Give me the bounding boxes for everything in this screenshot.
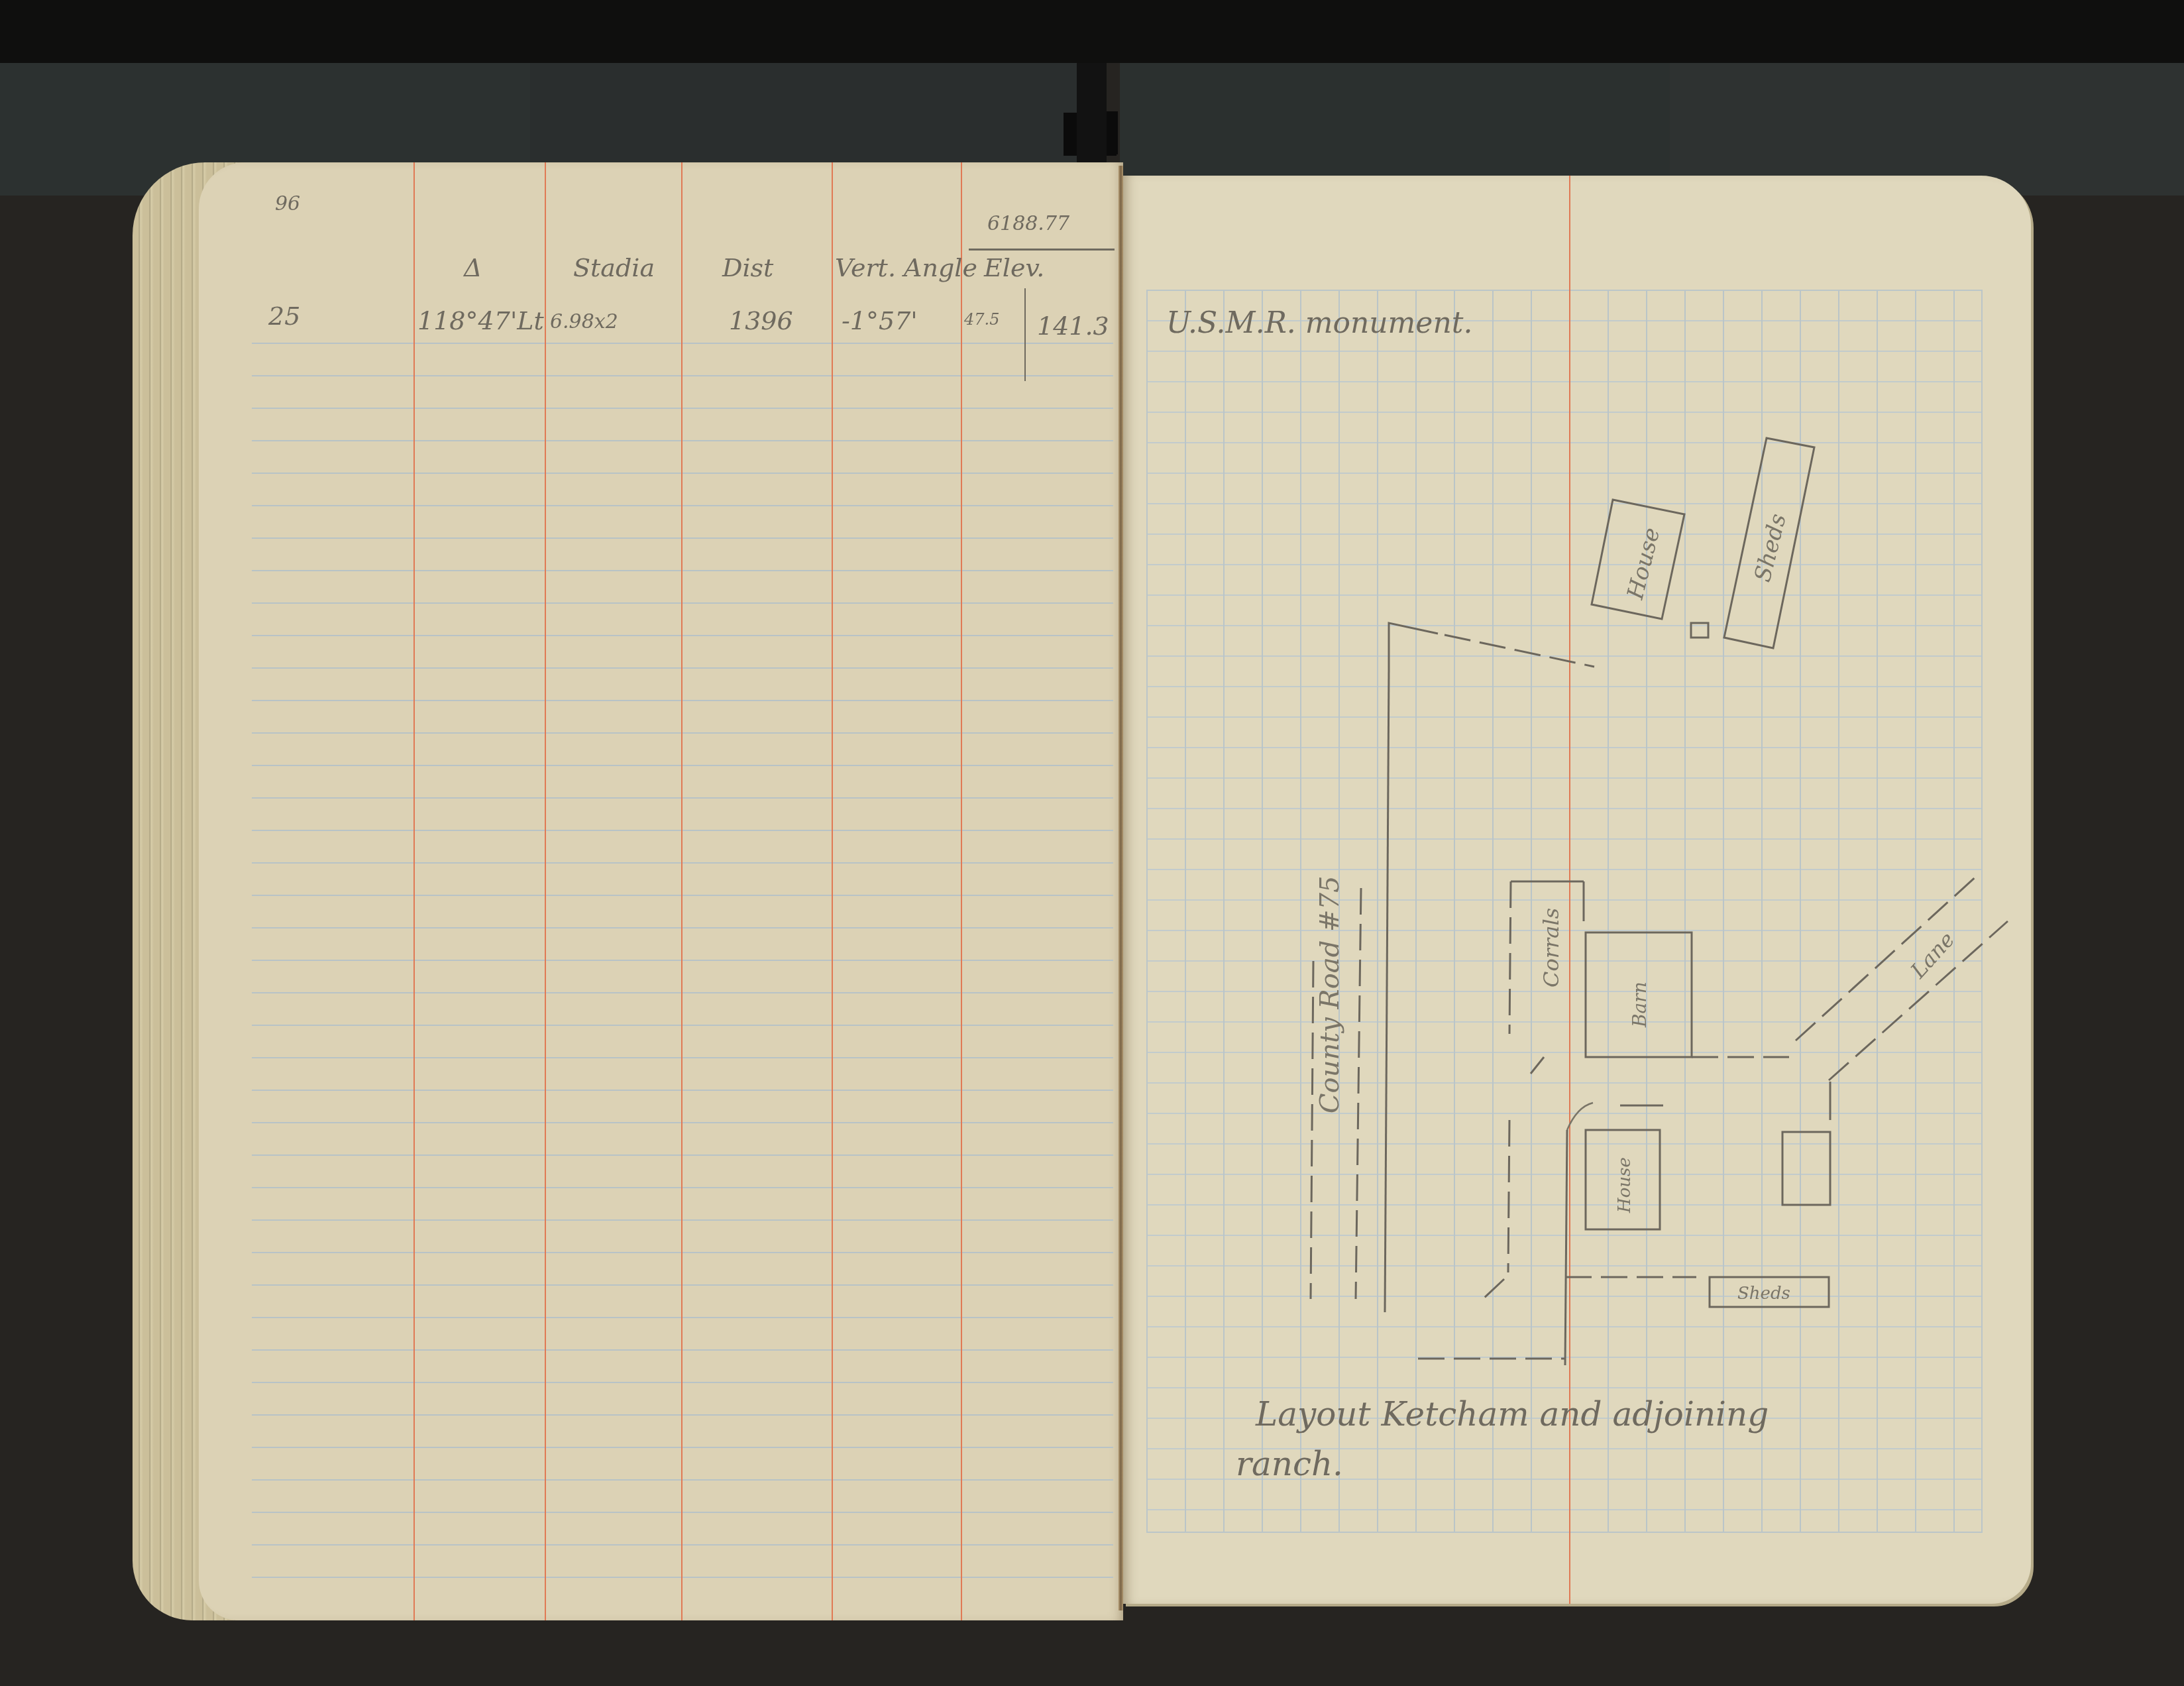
col-header-vert-angle: Vert. Angle: [835, 253, 977, 282]
vertical-angle: -1°57': [842, 306, 918, 335]
elevation: 141.3: [1037, 311, 1109, 341]
scanner-top-bar: [0, 0, 2184, 63]
column-rule-2: [545, 162, 546, 1620]
total-underline: [969, 249, 1115, 251]
col-header-angle: Δ: [464, 253, 482, 282]
binder-spine: [1077, 63, 1107, 176]
elev-divider: [1024, 288, 1026, 381]
graph-paper-grid: [1146, 290, 1983, 1533]
column-rule-3: [681, 162, 682, 1620]
left-page-ruled-lines: [252, 311, 1113, 1604]
right-page-red-rule: [1569, 176, 1570, 1604]
elevation-difference: 47.5: [964, 310, 999, 329]
column-rule-1: [413, 162, 415, 1620]
running-total: 6188.77: [987, 212, 1069, 235]
col-header-stadia: Stadia: [573, 253, 655, 282]
column-rule-5: [961, 162, 962, 1620]
page-number: 96: [275, 192, 300, 215]
horizontal-angle: 118°47'Lt: [417, 306, 544, 335]
col-header-dist: Dist: [722, 253, 773, 282]
caption-line-2: ranch.: [1236, 1445, 1343, 1483]
notebook-gutter: [1119, 166, 1123, 1610]
station-number: 25: [268, 302, 300, 331]
stadia-reading: 6.98x2: [550, 310, 618, 333]
monument-note: U.S.M.R. monument.: [1166, 306, 1472, 340]
distance: 1396: [729, 306, 793, 335]
column-rule-4: [832, 162, 833, 1620]
col-header-elev: Elev.: [984, 253, 1044, 282]
caption-line-1: Layout Ketcham and adjoining: [1256, 1395, 1769, 1433]
